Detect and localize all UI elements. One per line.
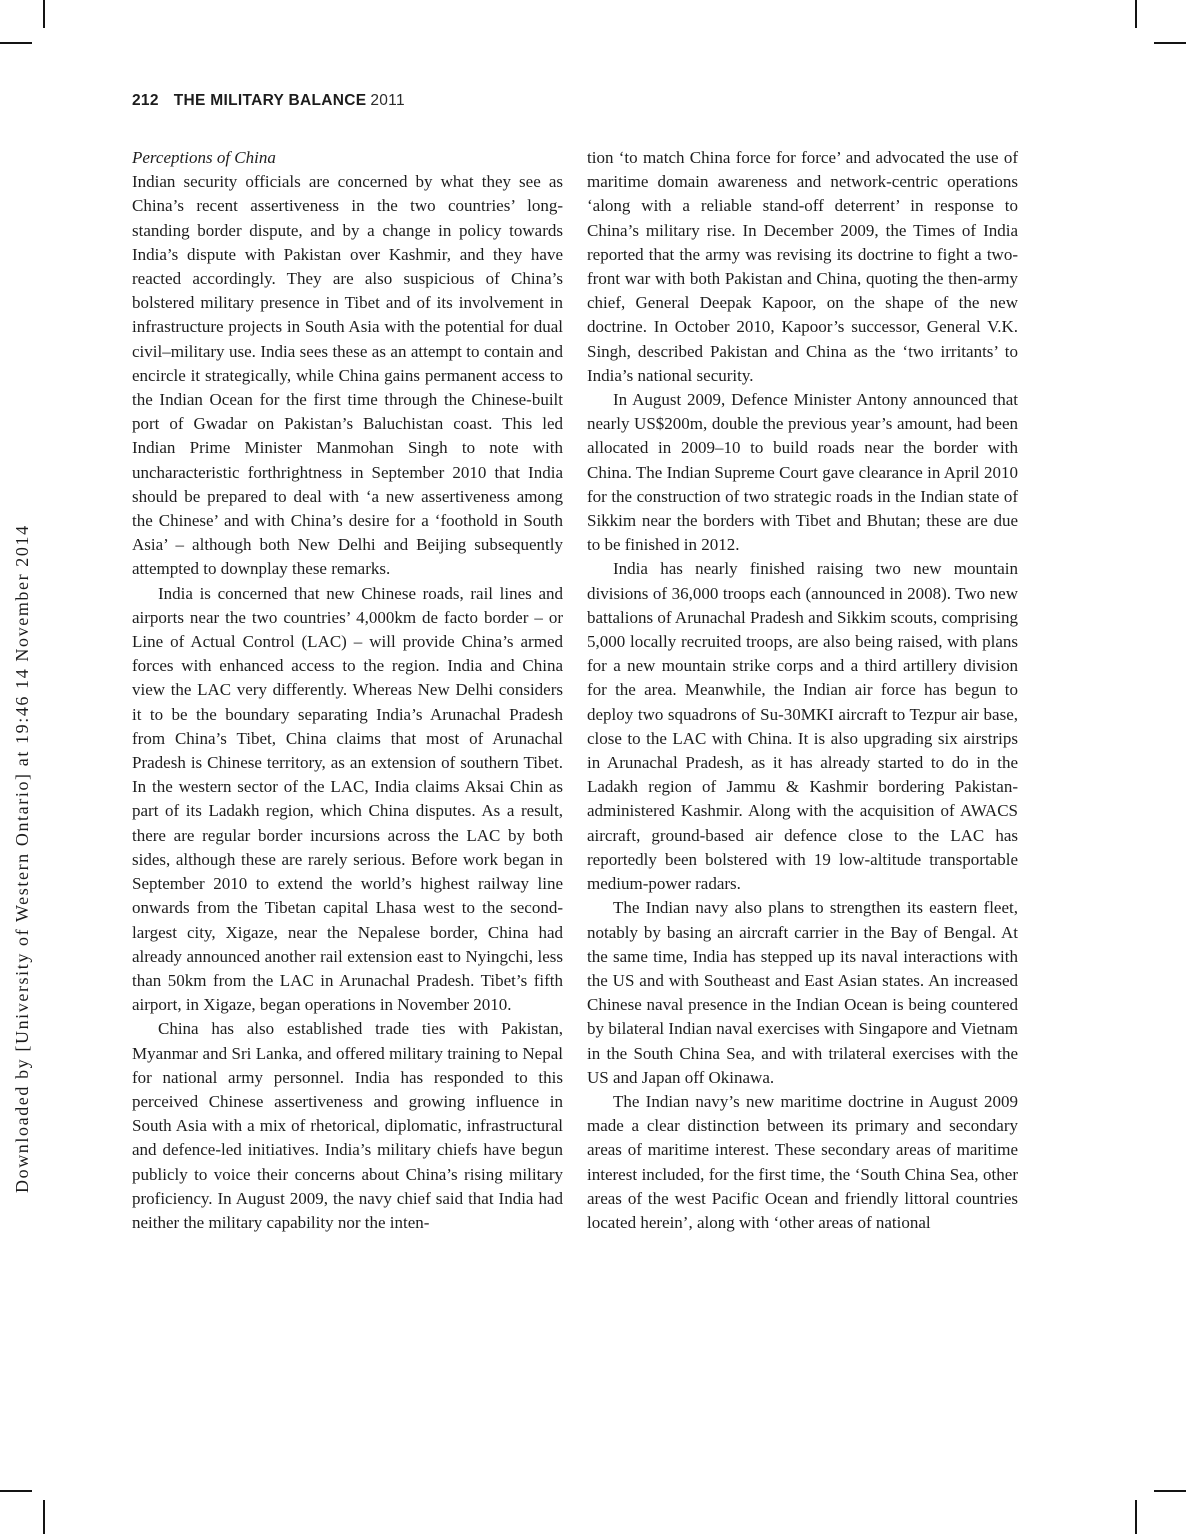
right-column: tion ‘to match China force for force’ an… <box>587 146 1018 1235</box>
running-head: 212THE MILITARY BALANCE2011 <box>132 92 405 110</box>
crop-mark-bottom-right-vertical <box>1135 1500 1137 1534</box>
paragraph: India has nearly finished raising two ne… <box>587 557 1018 896</box>
paragraph-continuation: tion ‘to match China force for force’ an… <box>587 146 1018 388</box>
download-watermark: Downloaded by [University of Western Ont… <box>12 524 33 1193</box>
paragraph: India is concerned that new Chinese road… <box>132 582 563 1018</box>
section-heading: Perceptions of China <box>132 146 563 170</box>
crop-mark-top-left-horizontal <box>0 42 32 44</box>
book-title: THE MILITARY BALANCE <box>174 92 367 109</box>
crop-mark-top-right-horizontal <box>1154 42 1186 44</box>
crop-mark-bottom-left-horizontal <box>0 1490 32 1492</box>
edition-year: 2011 <box>370 92 405 109</box>
scanned-book-page: 212THE MILITARY BALANCE2011 Downloaded b… <box>0 0 1186 1534</box>
crop-mark-bottom-left-vertical <box>43 1500 45 1534</box>
crop-mark-top-right-vertical <box>1135 0 1137 28</box>
paragraph: In August 2009, Defence Minister Antony … <box>587 388 1018 557</box>
paragraph: China has also established trade ties wi… <box>132 1017 563 1235</box>
crop-mark-top-left-vertical <box>43 0 45 28</box>
paragraph: The Indian navy’s new maritime doctrine … <box>587 1090 1018 1235</box>
left-column: Perceptions of China Indian security off… <box>132 146 563 1235</box>
paragraph: The Indian navy also plans to strengthen… <box>587 896 1018 1090</box>
crop-mark-bottom-right-horizontal <box>1154 1490 1186 1492</box>
paragraph: Indian security officials are concerned … <box>132 170 563 581</box>
article-body: Perceptions of China Indian security off… <box>132 146 1018 1235</box>
page-number: 212 <box>132 92 159 109</box>
